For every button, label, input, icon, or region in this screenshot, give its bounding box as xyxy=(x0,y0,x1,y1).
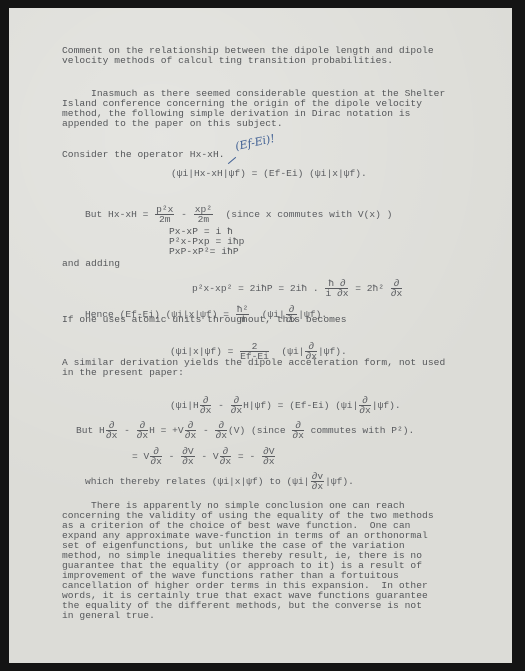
accel-line: in the present paper: xyxy=(62,368,184,378)
consider-line: Consider the operator Hx-xH. xyxy=(62,150,225,160)
title-line: velocity methods of calcul ting transiti… xyxy=(62,56,393,66)
handwritten-note: (Ef-Ei)! xyxy=(234,132,276,153)
arrow-icon xyxy=(228,157,236,164)
equation-commutator: (ψi|Hx-xH|ψf) = (Ef-Ei) (ψi|x|ψf). xyxy=(171,168,367,179)
atomic-units-line: If one uses atomic units throughout, thi… xyxy=(62,315,347,325)
equation-relates: which thereby relates (ψi|x|ψf) to (ψi|∂… xyxy=(62,461,354,502)
document-page: Comment on the relationship between the … xyxy=(9,8,512,663)
commutator-line: PxP-xP²= iħP xyxy=(169,247,239,257)
conclusion-line: in general true. xyxy=(62,611,155,621)
intro-line: appended to the paper on this subject. xyxy=(62,119,283,129)
and-adding: and adding xyxy=(62,259,120,269)
